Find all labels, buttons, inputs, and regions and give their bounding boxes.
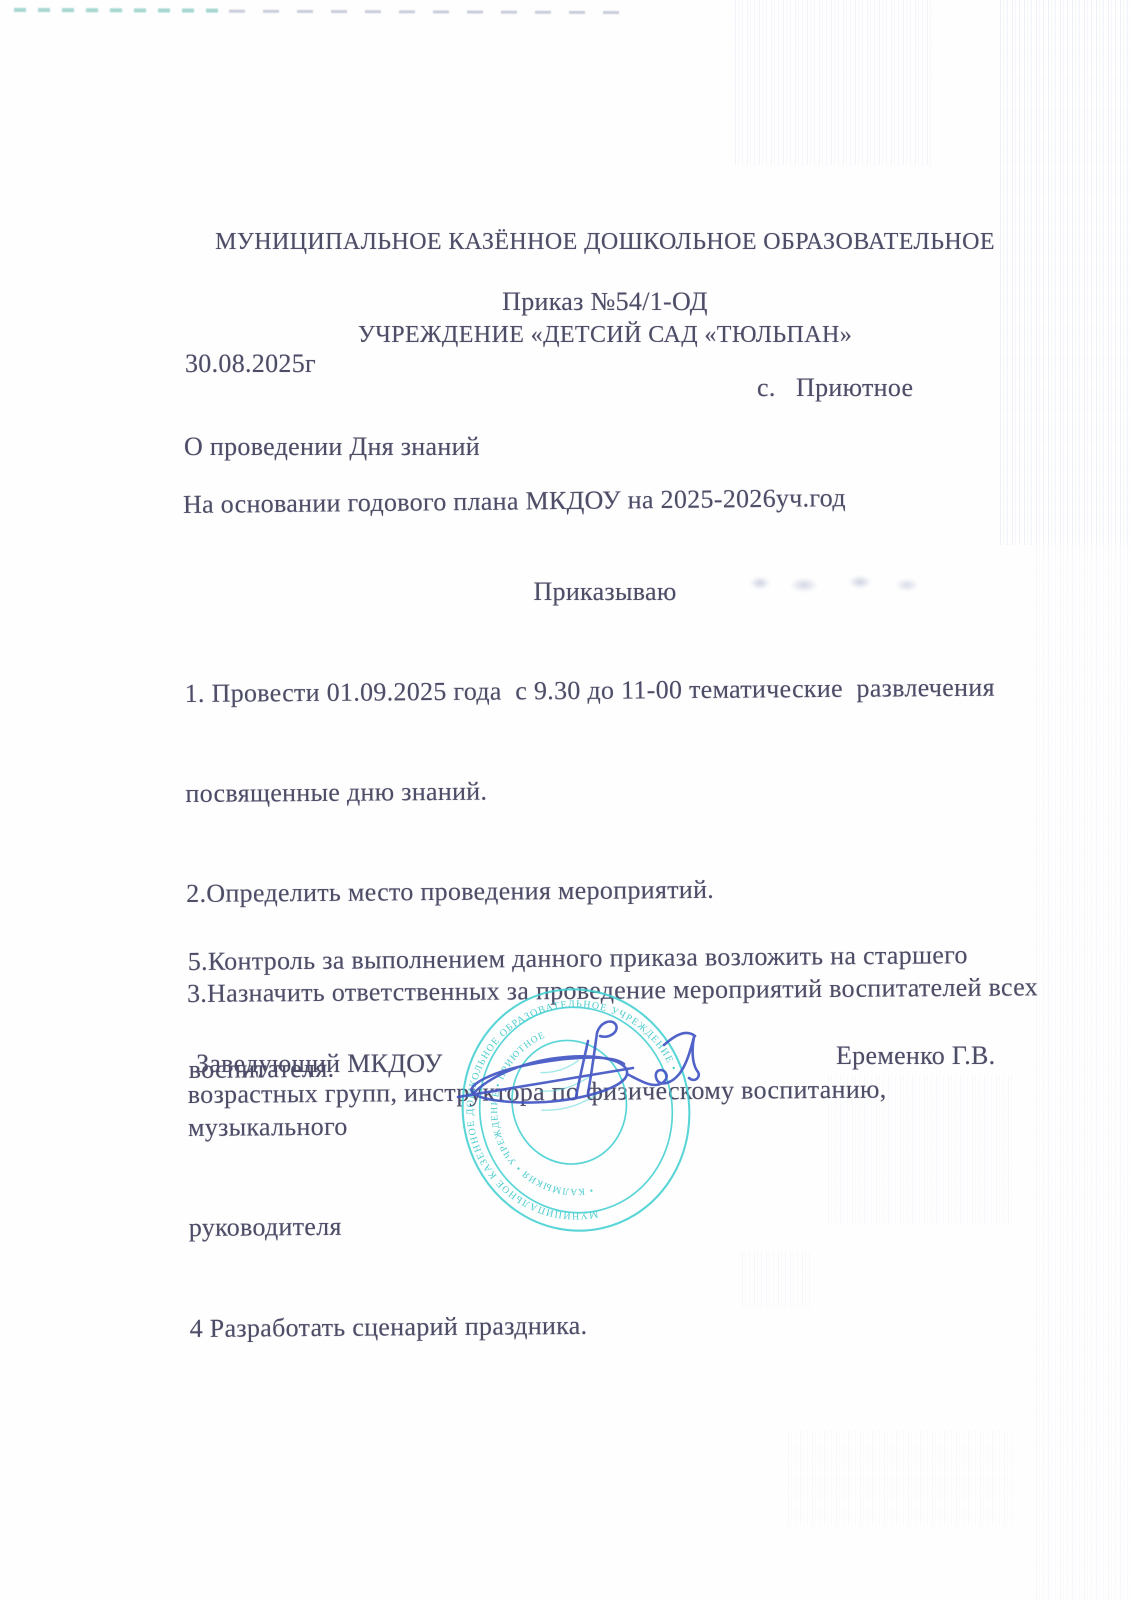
scan-noise-band — [788, 1430, 1013, 1525]
order-subject: О проведении Дня знаний — [184, 432, 480, 462]
stamp-outer-ring-text: МУНИЦИПАЛЬНОЕ КАЗЕННОЕ ДОШКОЛЬНОЕ ОБРАЗО… — [444, 979, 706, 1242]
org-name-line-1: МУНИЦИПАЛЬНОЕ КАЗЁННОЕ ДОШКОЛЬНОЕ ОБРАЗО… — [78, 227, 1132, 258]
org-name-line-2: УЧРЕЖДЕНИЕ «ДЕТСИЙ САД «ТЮЛЬПАН» — [78, 320, 1132, 351]
order-number-title: Приказ №54/1-ОД — [78, 287, 1132, 317]
signer-name: Еременко Г.В. — [836, 1041, 995, 1071]
order-item-line: 4 Разработать сценарий праздника. — [190, 1305, 1050, 1345]
order-date: 30.08.2025г — [185, 349, 316, 379]
resolution-word: Приказываю — [78, 577, 1132, 607]
signer-position-title: Заведующий МКДОУ — [196, 1049, 443, 1079]
order-item-line: посвященные дню знаний. — [185, 770, 1045, 810]
scan-edge-smudge — [14, 5, 624, 19]
scan-noise-band — [1036, 545, 1130, 1600]
scan-noise-band — [735, 0, 931, 165]
round-stamp-icon: МУНИЦИПАЛЬНОЕ КАЗЕННОЕ ДОШКОЛЬНОЕ ОБРАЗО… — [428, 973, 738, 1268]
order-item-line: 1. Провести 01.09.2025 года с 9.30 до 11… — [185, 670, 1045, 710]
order-basis: На основании годового плана МКДОУ на 202… — [183, 483, 846, 520]
scanned-order-document: МУНИЦИПАЛЬНОЕ КАЗЁННОЕ ДОШКОЛЬНОЕ ОБРАЗО… — [0, 0, 1132, 1600]
stamp-and-signature-area: МУНИЦИПАЛЬНОЕ КАЗЕННОЕ ДОШКОЛЬНОЕ ОБРАЗО… — [428, 973, 738, 1268]
order-place: с. Приютное — [757, 373, 913, 403]
svg-text:МУНИЦИПАЛЬНОЕ КАЗЕННОЕ ДОШКОЛЬ: МУНИЦИПАЛЬНОЕ КАЗЕННОЕ ДОШКОЛЬНОЕ ОБРАЗО… — [444, 979, 706, 1242]
stamp-rings: МУНИЦИПАЛЬНОЕ КАЗЕННОЕ ДОШКОЛЬНОЕ ОБРАЗО… — [440, 973, 711, 1252]
